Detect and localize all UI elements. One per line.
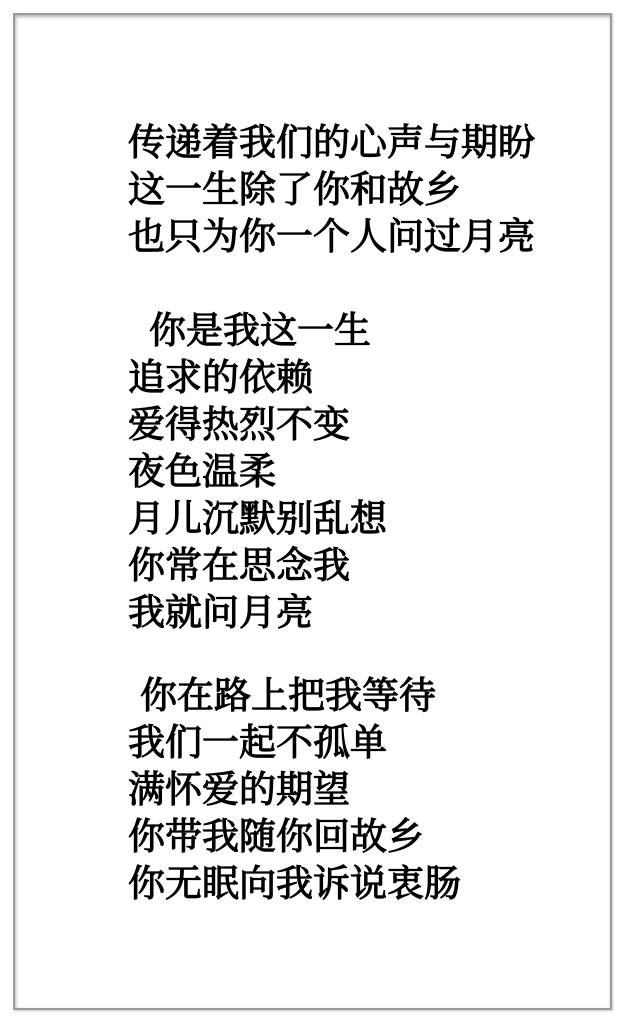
lyrics-stanza-2: 你是我这一生 追求的依赖 爱得热烈不变 夜色温柔 月儿沉默别乱想 你常在思念我 …	[128, 307, 608, 636]
lyric-line: 你在路上把我等待	[128, 672, 608, 719]
page-frame-border: 传递着我们的心声与期盼 这一生除了你和故乡 也只为你一个人问过月亮 你是我这一生…	[13, 13, 612, 1010]
lyric-line: 你无眠向我诉说衷肠	[128, 860, 608, 907]
lyric-line: 夜色温柔	[128, 448, 608, 495]
lyric-line: 也只为你一个人问过月亮	[128, 213, 608, 260]
lyrics-stanza-1: 传递着我们的心声与期盼 这一生除了你和故乡 也只为你一个人问过月亮	[128, 119, 608, 260]
lyrics-stanza-3: 你在路上把我等待 我们一起不孤单 满怀爱的期望 你带我随你回故乡 你无眠向我诉说…	[128, 672, 608, 907]
lyric-line: 爱得热烈不变	[128, 401, 608, 448]
lyric-line: 追求的依赖	[128, 354, 608, 401]
lyric-line: 我就问月亮	[128, 589, 608, 636]
lyric-line: 你常在思念我	[128, 542, 608, 589]
lyric-line: 月儿沉默别乱想	[128, 495, 608, 542]
lyric-line: 这一生除了你和故乡	[128, 166, 608, 213]
lyric-line: 你是我这一生	[128, 307, 608, 354]
lyric-line: 你带我随你回故乡	[128, 813, 608, 860]
lyrics-text-block: 传递着我们的心声与期盼 这一生除了你和故乡 也只为你一个人问过月亮 你是我这一生…	[128, 119, 608, 907]
lyric-line: 满怀爱的期望	[128, 766, 608, 813]
lyric-line: 传递着我们的心声与期盼	[128, 119, 608, 166]
lyrics-page: 传递着我们的心声与期盼 这一生除了你和故乡 也只为你一个人问过月亮 你是我这一生…	[0, 0, 627, 1026]
lyric-line: 我们一起不孤单	[128, 719, 608, 766]
